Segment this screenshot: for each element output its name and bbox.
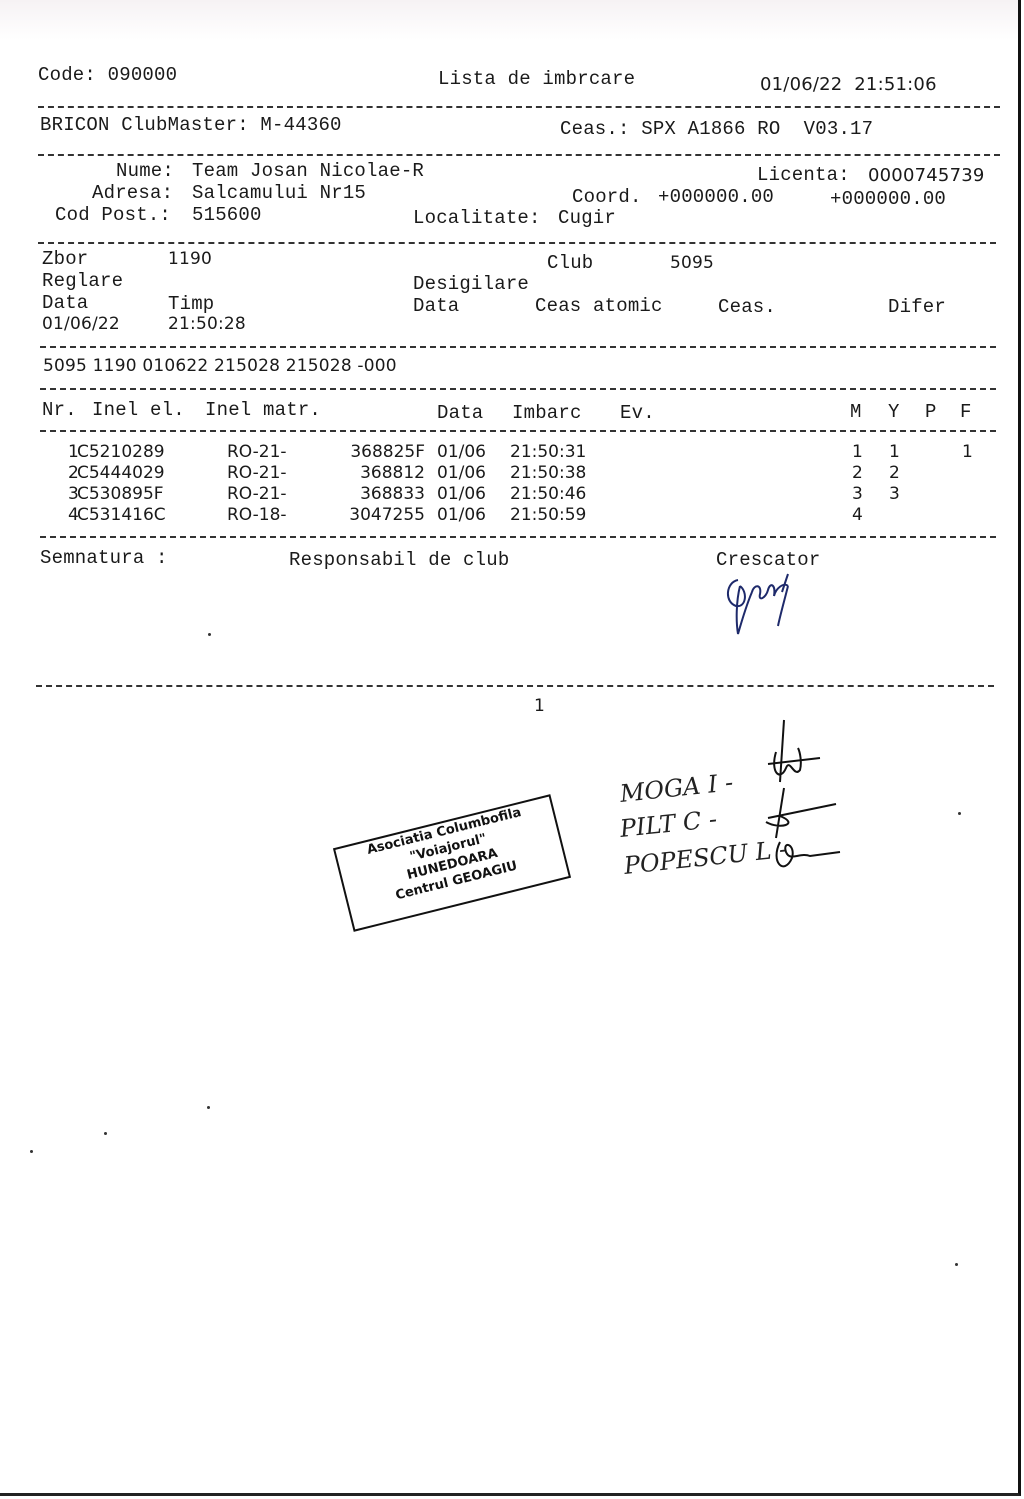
reglare-data: 01/06/22 bbox=[42, 316, 120, 333]
row-time: 21:50:38 bbox=[510, 463, 586, 483]
row-y: 1 bbox=[889, 442, 900, 462]
crescator-signature-icon bbox=[718, 562, 818, 642]
col-nr: Nr. bbox=[42, 401, 77, 420]
reglare-label: Reglare bbox=[42, 272, 123, 291]
difer-label: Difer bbox=[888, 298, 946, 317]
row-y: 2 bbox=[889, 463, 900, 483]
row-ring-number: 368825F bbox=[350, 442, 425, 462]
table-row: 1C5210289RO-21-01/0621:50:31111368825F bbox=[0, 442, 1024, 462]
speck bbox=[955, 1263, 958, 1266]
col-inel-matr: Inel matr. bbox=[205, 401, 321, 420]
row-time: 21:50:59 bbox=[510, 505, 586, 525]
locality: Cugir bbox=[558, 209, 616, 228]
postcode-label: Cod Post.: bbox=[55, 206, 171, 225]
row-m: 2 bbox=[852, 463, 863, 483]
row-date: 01/06 bbox=[437, 463, 486, 483]
divider bbox=[40, 430, 996, 432]
club-stamp: Asociatia Columbofila "Voiajorul" HUNEDO… bbox=[333, 794, 571, 932]
col-p: P bbox=[925, 403, 937, 422]
speck bbox=[207, 1106, 210, 1109]
row-inel-el: C531416C bbox=[77, 505, 166, 525]
row-m: 1 bbox=[852, 442, 863, 462]
page-number: 1 bbox=[534, 698, 545, 715]
row-inel-el: C5210289 bbox=[77, 442, 165, 462]
ceas-atomic-label: Ceas atomic bbox=[535, 297, 663, 316]
summary-line: 5095 1190 010622 215028 215028 -000 bbox=[43, 358, 397, 375]
reglare-timp: 21:50:28 bbox=[168, 316, 246, 333]
clubmaster-id: BRICON ClubMaster: M-44360 bbox=[40, 116, 342, 135]
row-m: 3 bbox=[852, 484, 863, 504]
desigilare-label: Desigilare bbox=[413, 275, 529, 294]
handwritten-signatures-icon bbox=[740, 712, 850, 882]
license-label: Licenta: bbox=[757, 166, 850, 185]
printed-timestamp: 01/06/22 21:51:06 bbox=[760, 76, 937, 94]
divider bbox=[38, 106, 1000, 108]
coord-lon: +000000.00 bbox=[830, 190, 946, 209]
address: Salcamului Nr15 bbox=[192, 184, 366, 203]
divider bbox=[38, 154, 1000, 156]
locality-label: Localitate: bbox=[413, 209, 541, 228]
row-time: 21:50:31 bbox=[510, 442, 586, 462]
col-m: M bbox=[850, 403, 862, 422]
divider bbox=[40, 536, 996, 538]
col-f: F bbox=[960, 403, 972, 422]
speck bbox=[958, 812, 961, 815]
row-inel-el: C530895F bbox=[77, 484, 164, 504]
zbor-label: Zbor bbox=[42, 250, 88, 269]
ceas-label: Ceas. bbox=[718, 298, 776, 317]
col-inel-el: Inel el. bbox=[92, 401, 185, 420]
row-date: 01/06 bbox=[437, 484, 486, 504]
club-label: Club bbox=[547, 254, 593, 273]
divider bbox=[40, 388, 996, 390]
desigilare-data-label: Data bbox=[413, 297, 459, 316]
row-inel-el: C5444029 bbox=[77, 463, 165, 483]
handwritten-name-2: PILT C - bbox=[619, 805, 719, 843]
table-row: 4C531416CRO-18-01/0621:50:5943047255 bbox=[0, 505, 1024, 525]
postcode: 515600 bbox=[192, 206, 262, 225]
coord-label: Coord. bbox=[572, 188, 642, 207]
speck bbox=[104, 1132, 107, 1135]
divider bbox=[36, 685, 994, 687]
paper-sheet: Code: 090000 Lista de imbrcare 01/06/22 … bbox=[0, 0, 1021, 1496]
col-imbarc: Imbarc bbox=[512, 404, 582, 423]
row-ring-prefix: RO-21- bbox=[227, 484, 287, 504]
speck bbox=[30, 1150, 33, 1153]
row-ring-number: 3047255 bbox=[349, 505, 425, 525]
document-title: Lista de imbrcare bbox=[438, 70, 635, 89]
speck bbox=[208, 633, 211, 636]
reglare-timp-label: Timp bbox=[168, 295, 214, 314]
divider bbox=[40, 346, 996, 348]
row-ring-number: 368812 bbox=[360, 463, 425, 483]
table-row: 2C5444029RO-21-01/0621:50:3822368812 bbox=[0, 463, 1024, 483]
table-row: 3C530895FRO-21-01/0621:50:4633368833 bbox=[0, 484, 1024, 504]
name-label: Nume: bbox=[116, 162, 174, 181]
code-label: Code: 090000 bbox=[38, 66, 177, 85]
col-data: Data bbox=[437, 404, 483, 423]
fancier-name: Team Josan Nicolae-R bbox=[192, 162, 424, 181]
row-ring-prefix: RO-18- bbox=[227, 505, 287, 525]
license-number: 0000745739 bbox=[868, 167, 985, 185]
club-value: 5095 bbox=[670, 255, 714, 272]
col-y: Y bbox=[888, 403, 900, 422]
handwritten-name-1: MOGA I - bbox=[619, 768, 735, 808]
row-ring-prefix: RO-21- bbox=[227, 463, 287, 483]
row-y: 3 bbox=[889, 484, 900, 504]
row-ring-number: 368833 bbox=[360, 484, 425, 504]
row-date: 01/06 bbox=[437, 442, 486, 462]
reglare-data-label: Data bbox=[42, 294, 88, 313]
row-f: 1 bbox=[962, 442, 973, 462]
divider bbox=[38, 242, 996, 244]
row-time: 21:50:46 bbox=[510, 484, 586, 504]
row-m: 4 bbox=[852, 505, 863, 525]
responsabil-label: Responsabil de club bbox=[289, 551, 509, 570]
row-ring-prefix: RO-21- bbox=[227, 442, 287, 462]
row-date: 01/06 bbox=[437, 505, 486, 525]
col-ev: Ev. bbox=[620, 404, 655, 423]
clock-id: Ceas.: SPX A1866 RO V03.17 bbox=[560, 120, 873, 139]
address-label: Adresa: bbox=[92, 184, 173, 203]
zbor-value: 1190 bbox=[168, 251, 212, 268]
semnatura-label: Semnatura : bbox=[40, 549, 168, 568]
coord-lat: +000000.00 bbox=[658, 188, 774, 207]
